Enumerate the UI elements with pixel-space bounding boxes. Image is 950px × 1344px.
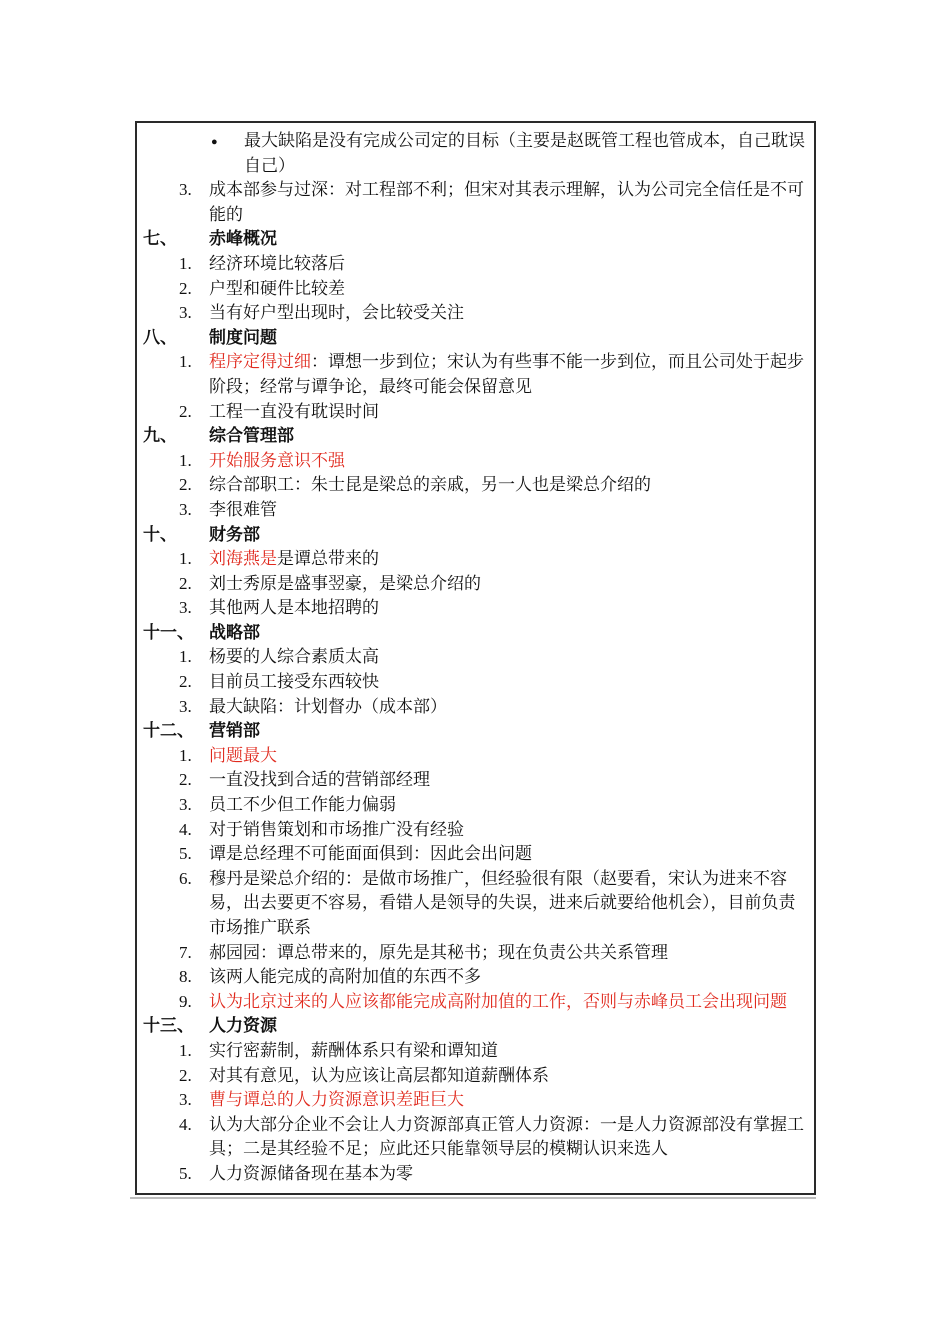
item-number: 1.	[179, 350, 192, 375]
item-number: 6.	[179, 867, 192, 892]
list-item: 2.工程一直没有耽误时间	[137, 400, 814, 425]
text-run: 成本部参与过深：对工程部不利；但宋对其表示理解，认为公司完全信任是不可能的	[209, 180, 804, 224]
list-item: 2.户型和硬件比较差	[137, 277, 814, 302]
list-item: 7.郝园园：谭总带来的，原先是其秘书；现在负责公共关系管理	[137, 941, 814, 966]
list-item: 3.员工不少但工作能力偏弱	[137, 793, 814, 818]
list-item: 3.其他两人是本地招聘的	[137, 596, 814, 621]
item-number: 2.	[179, 400, 192, 425]
text-run: 最大缺陷是没有完成公司定的目标（主要是赵既管工程也管成本，自己耽误自己）	[244, 131, 805, 175]
item-number: 3.	[179, 498, 192, 523]
red-text-run: 开始服务意识不强	[209, 451, 345, 470]
item-number: 3.	[179, 301, 192, 326]
item-number: 3.	[179, 793, 192, 818]
item-number: 1.	[179, 744, 192, 769]
text-run: 对于销售策划和市场推广没有经验	[209, 820, 464, 839]
text-run: 综合部职工：朱士昆是梁总的亲戚，另一人也是梁总介绍的	[209, 475, 651, 494]
red-text-run: 程序定得过细	[209, 352, 311, 371]
item-number: 1.	[179, 1039, 192, 1064]
list-item: 4.认为大部分企业不会让人力资源部真正管人力资源：一是人力资源部没有掌握工具；二…	[137, 1113, 814, 1162]
section-title: 制度问题	[137, 326, 814, 351]
item-text: 最大缺陷：计划督办（成本部）	[137, 695, 814, 720]
item-number: 8.	[179, 965, 192, 990]
section-heading: 八、制度问题	[137, 326, 814, 351]
section-number: 九、	[143, 424, 177, 449]
bullet-icon: ●	[211, 130, 218, 155]
text-run: 其他两人是本地招聘的	[209, 598, 379, 617]
section-title: 赤峰概况	[137, 227, 814, 252]
item-text: 工程一直没有耽误时间	[137, 400, 814, 425]
item-number: 5.	[179, 1162, 192, 1187]
text-run: 一直没找到合适的营销部经理	[209, 770, 430, 789]
item-text: 曹与谭总的人力资源意识差距巨大	[137, 1088, 814, 1113]
list-item: 9.认为北京过来的人应该都能完成高附加值的工作，否则与赤峰员工会出现问题	[137, 990, 814, 1015]
item-number: 2.	[179, 277, 192, 302]
item-text: 对其有意见，认为应该让高层都知道薪酬体系	[137, 1064, 814, 1089]
list-item: 3.李很难管	[137, 498, 814, 523]
item-number: 7.	[179, 941, 192, 966]
item-text: 刘士秀原是盛事翌豪，是梁总介绍的	[137, 572, 814, 597]
item-text: 成本部参与过深：对工程部不利；但宋对其表示理解，认为公司完全信任是不可能的	[137, 178, 814, 227]
list-item: 3.成本部参与过深：对工程部不利；但宋对其表示理解，认为公司完全信任是不可能的	[137, 178, 814, 227]
list-item: 5.人力资源储备现在基本为零	[137, 1162, 814, 1187]
text-run: 人力资源储备现在基本为零	[209, 1164, 413, 1183]
text-run: 员工不少但工作能力偏弱	[209, 795, 396, 814]
item-text: 户型和硬件比较差	[137, 277, 814, 302]
text-run: 刘士秀原是盛事翌豪，是梁总介绍的	[209, 574, 481, 593]
item-number: 3.	[179, 596, 192, 621]
section-heading: 九、综合管理部	[137, 424, 814, 449]
item-number: 1.	[179, 547, 192, 572]
list-item: 8.该两人能完成的高附加值的东西不多	[137, 965, 814, 990]
section-number: 十、	[143, 523, 177, 548]
item-text: 对于销售策划和市场推广没有经验	[137, 818, 814, 843]
red-text-run: 问题最大	[209, 746, 277, 765]
text-run: 谭是总经理不可能面面俱到：因此会出问题	[209, 844, 532, 863]
item-text: 李很难管	[137, 498, 814, 523]
list-item: 2.综合部职工：朱士昆是梁总的亲戚，另一人也是梁总介绍的	[137, 473, 814, 498]
notes-table-cell: ●最大缺陷是没有完成公司定的目标（主要是赵既管工程也管成本，自己耽误自己）3.成…	[135, 121, 816, 1195]
section-heading: 十一、战略部	[137, 621, 814, 646]
red-text-run: 曹与谭总的人力资源意识差距巨大	[209, 1090, 464, 1109]
list-item: 1.问题最大	[137, 744, 814, 769]
section-number: 十三、	[143, 1014, 194, 1039]
item-text: 实行密薪制，薪酬体系只有梁和谭知道	[137, 1039, 814, 1064]
item-text: 该两人能完成的高附加值的东西不多	[137, 965, 814, 990]
list-item: 3.当有好户型出现时，会比较受关注	[137, 301, 814, 326]
item-text: 谭是总经理不可能面面俱到：因此会出问题	[137, 842, 814, 867]
outline-list: ●最大缺陷是没有完成公司定的目标（主要是赵既管工程也管成本，自己耽误自己）3.成…	[137, 123, 814, 1193]
item-number: 2.	[179, 670, 192, 695]
red-text-run: 认为北京过来的人应该都能完成高附加值的工作，否则与赤峰员工会出现问题	[209, 992, 787, 1011]
text-run: 杨要的人综合素质太高	[209, 647, 379, 666]
item-text: 其他两人是本地招聘的	[137, 596, 814, 621]
section-number: 十一、	[143, 621, 194, 646]
item-number: 1.	[179, 449, 192, 474]
item-text: 当有好户型出现时，会比较受关注	[137, 301, 814, 326]
section-title: 人力资源	[137, 1014, 814, 1039]
list-item: 1.杨要的人综合素质太高	[137, 645, 814, 670]
text-run: 是谭总带来的	[277, 549, 379, 568]
text-run: 对其有意见，认为应该让高层都知道薪酬体系	[209, 1066, 549, 1085]
item-text: 开始服务意识不强	[137, 449, 814, 474]
item-text: 综合部职工：朱士昆是梁总的亲戚，另一人也是梁总介绍的	[137, 473, 814, 498]
item-text: 程序定得过细：谭想一步到位；宋认为有些事不能一步到位，而且公司处于起步阶段；经常…	[137, 350, 814, 399]
item-text: 一直没找到合适的营销部经理	[137, 768, 814, 793]
item-text: 人力资源储备现在基本为零	[137, 1162, 814, 1187]
item-text: 经济环境比较落后	[137, 252, 814, 277]
text-run: 当有好户型出现时，会比较受关注	[209, 303, 464, 322]
item-number: 3.	[179, 178, 192, 203]
text-run: 认为大部分企业不会让人力资源部真正管人力资源：一是人力资源部没有掌握工具；二是其…	[209, 1115, 804, 1159]
list-item: 3.最大缺陷：计划督办（成本部）	[137, 695, 814, 720]
text-run: 李很难管	[209, 500, 277, 519]
section-number: 十二、	[143, 719, 194, 744]
item-number: 2.	[179, 1064, 192, 1089]
list-item: 2.对其有意见，认为应该让高层都知道薪酬体系	[137, 1064, 814, 1089]
item-text: 认为大部分企业不会让人力资源部真正管人力资源：一是人力资源部没有掌握工具；二是其…	[137, 1113, 814, 1162]
item-number: 3.	[179, 1088, 192, 1113]
section-title: 综合管理部	[137, 424, 814, 449]
text-run: 户型和硬件比较差	[209, 279, 345, 298]
list-item: 1.刘海燕是是谭总带来的	[137, 547, 814, 572]
text-run: 该两人能完成的高附加值的东西不多	[209, 967, 481, 986]
list-item: 6.穆丹是梁总介绍的：是做市场推广，但经验很有限（赵要看，宋认为进来不容易，出去…	[137, 867, 814, 941]
item-number: 1.	[179, 252, 192, 277]
red-text-run: 刘海燕是	[209, 549, 277, 568]
section-heading: 十二、营销部	[137, 719, 814, 744]
text-run: 实行密薪制，薪酬体系只有梁和谭知道	[209, 1041, 498, 1060]
text-run: 最大缺陷：计划督办（成本部）	[209, 697, 447, 716]
item-number: 9.	[179, 990, 192, 1015]
item-number: 1.	[179, 645, 192, 670]
item-number: 2.	[179, 768, 192, 793]
item-number: 5.	[179, 842, 192, 867]
item-text: 目前员工接受东西较快	[137, 670, 814, 695]
section-heading: 十三、人力资源	[137, 1014, 814, 1039]
list-item: 2.一直没找到合适的营销部经理	[137, 768, 814, 793]
section-number: 八、	[143, 326, 177, 351]
section-heading: 十、财务部	[137, 523, 814, 548]
section-heading: 七、赤峰概况	[137, 227, 814, 252]
bullet-item: ●最大缺陷是没有完成公司定的目标（主要是赵既管工程也管成本，自己耽误自己）	[137, 129, 814, 178]
document-page: ●最大缺陷是没有完成公司定的目标（主要是赵既管工程也管成本，自己耽误自己）3.成…	[0, 0, 950, 1344]
text-run: 郝园园：谭总带来的，原先是其秘书；现在负责公共关系管理	[209, 943, 668, 962]
item-text: 认为北京过来的人应该都能完成高附加值的工作，否则与赤峰员工会出现问题	[137, 990, 814, 1015]
section-title: 战略部	[137, 621, 814, 646]
list-item: 1.实行密薪制，薪酬体系只有梁和谭知道	[137, 1039, 814, 1064]
item-text: 员工不少但工作能力偏弱	[137, 793, 814, 818]
item-number: 4.	[179, 818, 192, 843]
item-text: 郝园园：谭总带来的，原先是其秘书；现在负责公共关系管理	[137, 941, 814, 966]
text-run: 工程一直没有耽误时间	[209, 402, 379, 421]
item-number: 3.	[179, 695, 192, 720]
list-item: 3.曹与谭总的人力资源意识差距巨大	[137, 1088, 814, 1113]
list-item: 2.目前员工接受东西较快	[137, 670, 814, 695]
list-item: 5.谭是总经理不可能面面俱到：因此会出问题	[137, 842, 814, 867]
item-text: 最大缺陷是没有完成公司定的目标（主要是赵既管工程也管成本，自己耽误自己）	[137, 129, 814, 178]
item-number: 4.	[179, 1113, 192, 1138]
list-item: 2.刘士秀原是盛事翌豪，是梁总介绍的	[137, 572, 814, 597]
section-title: 财务部	[137, 523, 814, 548]
section-number: 七、	[143, 227, 177, 252]
list-item: 1.开始服务意识不强	[137, 449, 814, 474]
item-text: 问题最大	[137, 744, 814, 769]
text-run: 目前员工接受东西较快	[209, 672, 379, 691]
item-number: 2.	[179, 572, 192, 597]
list-item: 4.对于销售策划和市场推广没有经验	[137, 818, 814, 843]
item-text: 杨要的人综合素质太高	[137, 645, 814, 670]
section-title: 营销部	[137, 719, 814, 744]
item-text: 刘海燕是是谭总带来的	[137, 547, 814, 572]
list-item: 1.程序定得过细：谭想一步到位；宋认为有些事不能一步到位，而且公司处于起步阶段；…	[137, 350, 814, 399]
list-item: 1.经济环境比较落后	[137, 252, 814, 277]
text-run: 穆丹是梁总介绍的：是做市场推广，但经验很有限（赵要看，宋认为进来不容易，出去要更…	[209, 869, 796, 937]
item-number: 2.	[179, 473, 192, 498]
item-text: 穆丹是梁总介绍的：是做市场推广，但经验很有限（赵要看，宋认为进来不容易，出去要更…	[137, 867, 814, 941]
text-run: 经济环境比较落后	[209, 254, 345, 273]
